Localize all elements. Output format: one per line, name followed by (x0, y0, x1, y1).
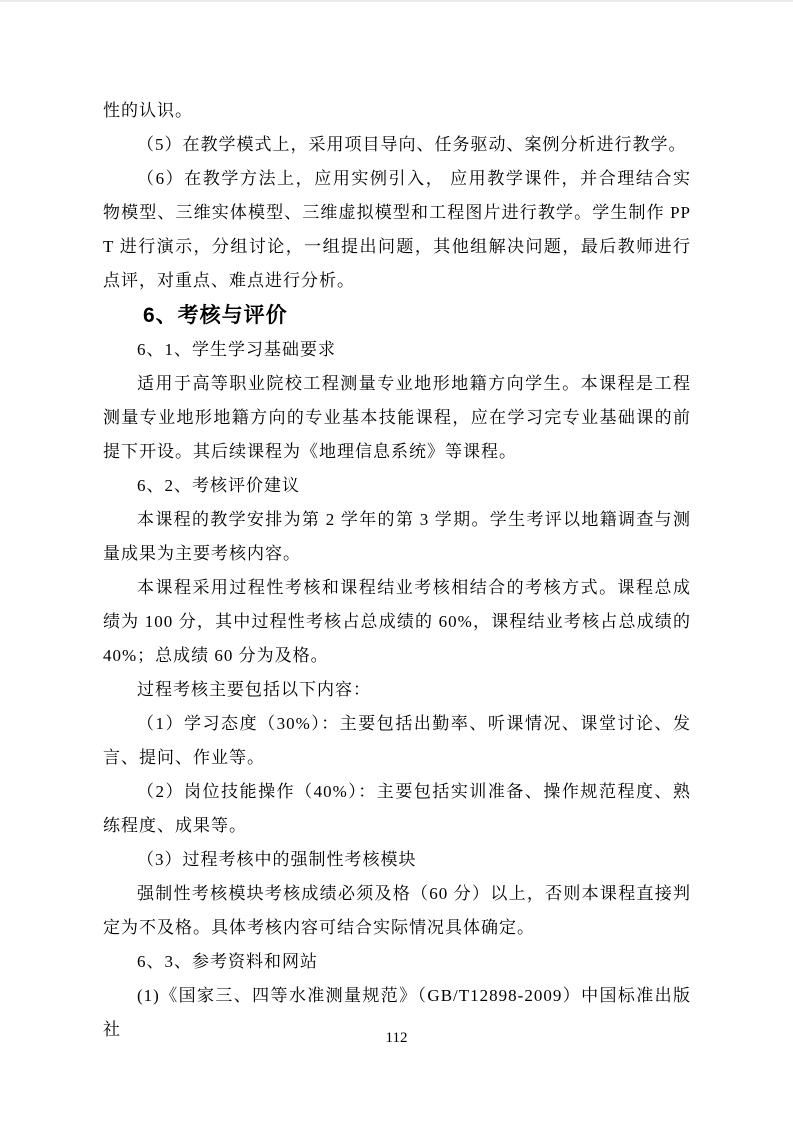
sub-heading-student-basis: 6、1、学生学习基础要求 (103, 333, 691, 367)
sub-heading-references: 6、3、参考资料和网站 (103, 945, 691, 979)
paragraph-schedule: 本课程的教学安排为第 2 学年的第 3 学期。学生考评以地籍调查与测量成果为主要… (103, 503, 691, 571)
paragraph-grading-scheme: 本课程采用过程性考核和课程结业考核相结合的考核方式。课程总成绩为 100 分，其… (103, 571, 691, 673)
paragraph-learning-attitude: （1）学习态度（30%）：主要包括出勤率、听课情况、课堂讨论、发言、提问、作业等… (103, 707, 691, 775)
paragraph-teaching-method: （6）在教学方法上，应用实例引入， 应用教学课件，并合理结合实物模型、三维实体模… (103, 162, 691, 298)
document-body: 性的认识。 （5）在教学模式上，采用项目导向、任务驱动、案例分析进行教学。 （6… (103, 94, 691, 1047)
paragraph-process-assessment-intro: 过程考核主要包括以下内容： (103, 673, 691, 707)
page-number: 112 (0, 1029, 793, 1047)
paragraph-applicability: 适用于高等职业院校工程测量专业地形地籍方向学生。本课程是工程测量专业地形地籍方向… (103, 367, 691, 469)
section-heading-assessment: 6、考核与评价 (103, 298, 691, 333)
paragraph-skill-operation: （2）岗位技能操作（40%）：主要包括实训准备、操作规范程度、熟练程度、成果等。 (103, 775, 691, 843)
paragraph-continuation: 性的认识。 (103, 94, 691, 128)
sub-heading-evaluation-suggestion: 6、2、考核评价建议 (103, 469, 691, 503)
paragraph-mandatory-module: （3）过程考核中的强制性考核模块 (103, 843, 691, 877)
paragraph-teaching-mode: （5）在教学模式上，采用项目导向、任务驱动、案例分析进行教学。 (103, 128, 691, 162)
document-page: 性的认识。 （5）在教学模式上，采用项目导向、任务驱动、案例分析进行教学。 （6… (0, 0, 793, 1122)
paragraph-mandatory-rule: 强制性考核模块考核成绩必须及格（60 分）以上，否则本课程直接判定为不及格。具体… (103, 877, 691, 945)
